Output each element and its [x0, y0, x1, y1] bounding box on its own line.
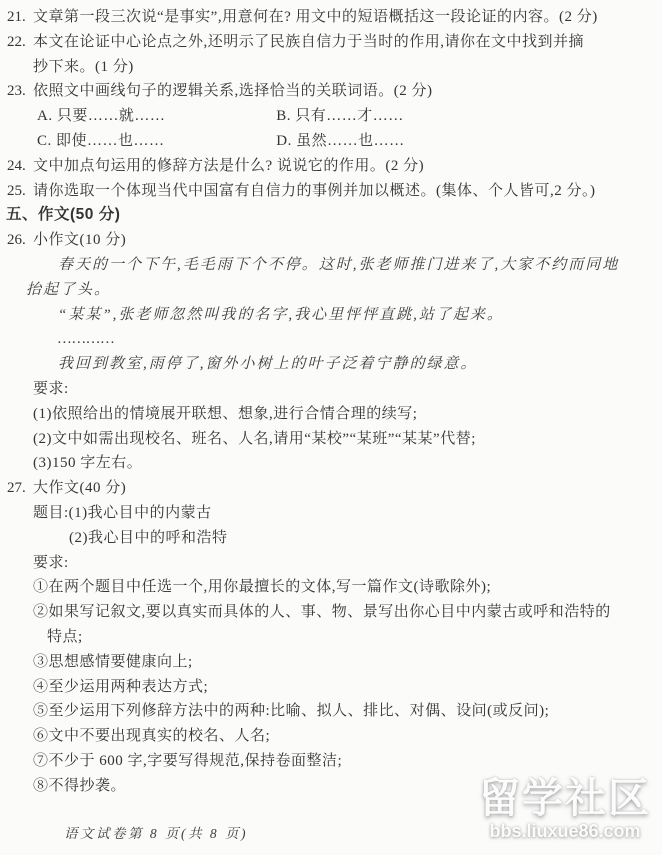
q27-topic-2: (2)我心目中的呼和浩特 [0, 526, 662, 551]
option-a: A. 只要……就…… [37, 104, 272, 129]
exam-content: 21. 文章第一段三次说“是事实”,用意何在? 用文中的短语概括这一段论证的内容… [0, 5, 662, 799]
question-24-number: 24. [7, 154, 26, 179]
question-22-number: 22. [7, 30, 26, 55]
q26-requirement-3: (3)150 字左右。 [0, 451, 662, 476]
q26-passage-line4: 我回到教室,雨停了,窗外小树上的叶子泛着宁静的绿意。 [0, 352, 662, 377]
q26-requirements-label: 要求: [0, 377, 662, 402]
question-24: 24. 文中加点句运用的修辞方法是什么? 说说它的作用。(2 分) [0, 154, 662, 179]
question-27-number: 27. [7, 476, 26, 501]
question-22-line2: 抄下来。(1 分) [0, 55, 662, 80]
question-21-text: 文章第一段三次说“是事实”,用意何在? 用文中的短语概括这一段论证的内容。(2 … [33, 9, 598, 25]
q27-requirement-3: ③思想感情要健康向上; [0, 650, 662, 675]
question-27-title: 27. 大作文(40 分) [0, 476, 662, 501]
q27-requirements-label: 要求: [0, 551, 662, 576]
question-22-text-line1: 本文在论证中心论点之外,还明示了民族自信力于当时的作用,请你在文中找到并摘 [33, 34, 584, 50]
q27-requirement-2-line2: 特点; [0, 625, 662, 650]
option-c: C. 即使……也…… [37, 129, 272, 154]
q27-requirement-6: ⑥文中不要出现真实的校名、人名; [0, 724, 662, 749]
question-24-text: 文中加点句运用的修辞方法是什么? 说说它的作用。(2 分) [33, 158, 424, 174]
q27-requirement-1: ①在两个题目中任选一个,用你最擅长的文体,写一篇作文(诗歌除外); [0, 575, 662, 600]
question-23-options-row2: C. 即使……也…… D. 虽然……也…… [0, 129, 662, 154]
question-23: 23. 依照文中画线句子的逻辑关系,选择恰当的关联词语。(2 分) [0, 79, 662, 104]
question-26-number: 26. [7, 228, 26, 253]
question-23-text: 依照文中画线句子的逻辑关系,选择恰当的关联词语。(2 分) [33, 83, 433, 99]
q27-requirement-5: ⑤至少运用下列修辞方法中的两种:比喻、拟人、排比、对偶、设问(或反问); [0, 699, 662, 724]
q27-topic-1: 题目:(1)我心目中的内蒙古 [0, 501, 662, 526]
question-21-number: 21. [7, 5, 26, 30]
q26-requirement-2: (2)文中如需出现校名、班名、人名,请用“某校”“某班”“某某”代替; [0, 427, 662, 452]
q26-requirement-1: (1)依照给出的情境展开联想、想象,进行合情合理的续写; [0, 402, 662, 427]
q27-requirement-4: ④至少运用两种表达方式; [0, 675, 662, 700]
q27-requirement-2-line1: ②如果写记叙文,要以真实而具体的人、事、物、景写出你心目中内蒙古或呼和浩特的 [0, 600, 662, 625]
q27-requirement-8: ⑧不得抄袭。 [0, 774, 662, 799]
question-22-line1: 22. 本文在论证中心论点之外,还明示了民族自信力于当时的作用,请你在文中找到并… [0, 30, 662, 55]
q26-passage-line2: 抬起了头。 [0, 278, 662, 303]
q27-requirement-7: ⑦不少于 600 字,字要写得规范,保持卷面整洁; [0, 749, 662, 774]
exam-paper-page: 21. 文章第一段三次说“是事实”,用意何在? 用文中的短语概括这一段论证的内容… [0, 0, 662, 855]
option-b: B. 只有……才…… [276, 104, 404, 129]
question-25: 25. 请你选取一个体现当代中国富有自信力的事例并加以概述。(集体、个人皆可,2… [0, 179, 662, 204]
question-21: 21. 文章第一段三次说“是事实”,用意何在? 用文中的短语概括这一段论证的内容… [0, 5, 662, 30]
question-26-title: 26. 小作文(10 分) [0, 228, 662, 253]
page-footer: 语文试卷第 8 页(共 8 页) [64, 822, 248, 842]
question-27-title-text: 大作文(40 分) [33, 480, 126, 496]
q26-passage-ellipsis: ………… [0, 327, 662, 352]
question-23-options-row1: A. 只要……就…… B. 只有……才…… [0, 104, 662, 129]
section-5-heading: 五、作文(50 分) [0, 203, 662, 228]
question-25-number: 25. [7, 179, 26, 204]
option-d: D. 虽然……也…… [276, 129, 404, 154]
watermark-url: bbs.liuxue86.com [470, 820, 660, 842]
question-23-number: 23. [7, 79, 26, 104]
question-26-title-text: 小作文(10 分) [33, 232, 126, 248]
q26-passage-line3: “某某”,张老师忽然叫我的名字,我心里怦怦直跳,站了起来。 [0, 303, 662, 328]
q26-passage-line1: 春天的一个下午,毛毛雨下个不停。这时,张老师推门进来了,大家不约而同地 [0, 253, 662, 278]
question-22-text-line2: 抄下来。(1 分) [33, 59, 134, 75]
question-25-text: 请你选取一个体现当代中国富有自信力的事例并加以概述。(集体、个人皆可,2 分。) [33, 183, 596, 199]
